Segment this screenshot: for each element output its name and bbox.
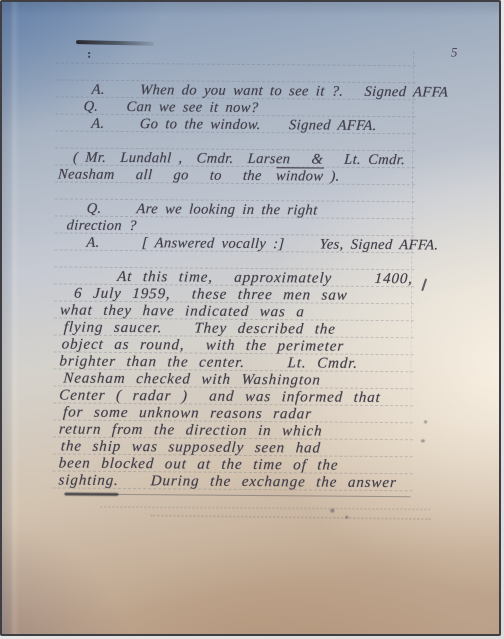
bleedthrough-smudge — [100, 506, 430, 511]
handwritten-line: the ship was supposedly seen had — [60, 439, 321, 458]
line-text: ). — [323, 169, 340, 185]
handwritten-line: for some unknown reasons radar — [63, 405, 313, 424]
ink-speck — [330, 509, 334, 513]
handwritten-line: Neasham checked with Washington — [63, 371, 321, 390]
ink-speck — [424, 420, 427, 423]
handwritten-line: Neasham all go to the window ). — [57, 166, 340, 185]
bottom-rule-dark-segment — [64, 493, 118, 496]
margin-pen-tick — [421, 278, 427, 291]
ink-speck — [421, 439, 425, 442]
handwritten-line: Q. Are we looking in the right — [86, 201, 318, 220]
handwritten-line: 6 July 1959, these three men saw — [74, 286, 349, 305]
handwritten-line: Q. Can we see it now? — [83, 99, 259, 117]
notebook-paper: : 5 A. When do you want to see it ?. Sig… — [2, 2, 499, 634]
top-edge-smudge — [76, 40, 154, 46]
handwritten-line: object as round, with the perimeter — [61, 337, 344, 356]
handwritten-line: A. Go to the window. Signed AFFA. — [91, 116, 377, 135]
line-text: Neasham all go to the — [58, 166, 277, 184]
colon-mark: : — [86, 49, 93, 60]
overlined-word: window — [275, 168, 323, 184]
bleedthrough-smudge — [150, 514, 430, 520]
handwritten-line: flying saucer. They described the — [63, 320, 336, 339]
handwritten-line: what they have indicated was a — [59, 302, 305, 321]
page-content-layer: : 5 A. When do you want to see it ?. Sig… — [0, 0, 501, 636]
ruled-lines — [4, 0, 501, 4]
handwritten-line: return from the direction in which — [58, 421, 323, 440]
handwritten-line: direction ? — [66, 218, 137, 236]
page-number: 5 — [451, 45, 458, 61]
handwritten-line: been blocked out at the time of the — [58, 455, 339, 474]
ruled-line — [56, 62, 416, 66]
photo-of-handwritten-page: : 5 A. When do you want to see it ?. Sig… — [0, 0, 501, 636]
handwritten-line: A. [ Answered vocally :] Yes, Signed AFF… — [86, 235, 439, 255]
handwritten-line: sighting. During the exchange the answer — [58, 472, 397, 492]
ink-speck — [345, 516, 348, 519]
